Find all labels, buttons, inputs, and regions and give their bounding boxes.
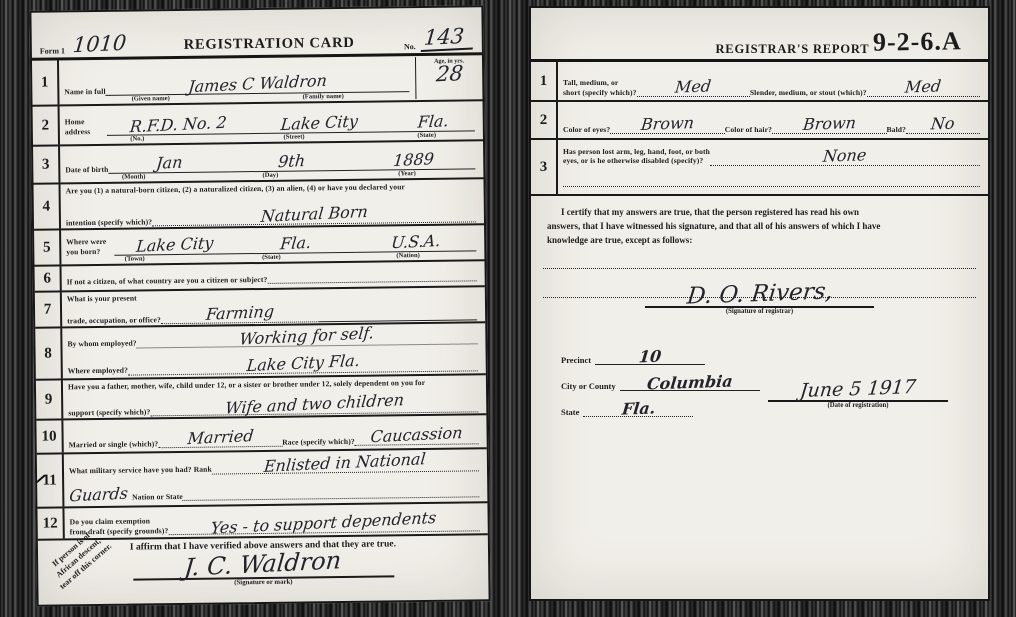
- disability-value: None: [822, 147, 867, 164]
- nation-sublabel: (Nation): [340, 251, 477, 260]
- reg-row-11: 11 What military service have you had? R…: [37, 449, 488, 508]
- reg-row-4: 4 Are you (1) a natural-born citizen, (2…: [34, 179, 485, 230]
- row-number: 11: [37, 454, 65, 506]
- row-number: 7: [35, 292, 62, 326]
- state-value: Fla.: [621, 401, 656, 417]
- registrar-signature: D. O. Rivers,: [686, 281, 834, 308]
- exemption-label-line2: from draft (specify grounds)?: [70, 526, 169, 537]
- address-no: R.F.D. No. 2: [129, 115, 227, 135]
- military-branch-value: Guards: [69, 486, 129, 504]
- reg-row-9: 9 Have you a father, mother, wife, child…: [36, 375, 486, 420]
- birthdate-label: Date of birth: [65, 164, 108, 174]
- registrant-signature: J. C. Waldron: [184, 549, 343, 579]
- certify-line2: answers, that I have witnessed his signa…: [547, 220, 972, 234]
- state-sublabel: (State): [378, 131, 475, 139]
- row-number: 3: [531, 140, 558, 194]
- year-sublabel: (Year): [339, 169, 476, 178]
- home-address-label: Home address: [65, 117, 107, 136]
- registration-card: Form 1 1010 REGISTRATION CARD No. 143 1 …: [29, 5, 490, 607]
- address-city: Lake City: [280, 113, 359, 132]
- reg-row-5: 5 Where were you born? Lake City Fla. U.…: [34, 225, 484, 266]
- rep-row-2: 2 Color of eyes? Brown Color of hair? Br…: [531, 102, 988, 140]
- blank-line-1: [543, 268, 976, 269]
- citizen-question-line1: Are you (1) a natural-born citizen, (2) …: [66, 181, 476, 195]
- bald-value: No: [930, 116, 955, 132]
- report-title: REGISTRAR'S REPORT: [715, 42, 869, 57]
- precinct-value: 10: [638, 348, 662, 364]
- report-header: REGISTRAR'S REPORT 9-2-6.A: [531, 8, 988, 62]
- registrar-signature-sublabel: (Signature of registrar): [531, 308, 988, 315]
- dependents-label-line2: support (specify which)?: [68, 407, 150, 417]
- row-number: 1: [32, 60, 60, 104]
- employer-label: By whom employed?: [67, 339, 136, 349]
- birthplace-state: Fla.: [279, 235, 311, 252]
- birthplace-label: Where were you born?: [66, 237, 114, 257]
- disability-label-line2: eyes, or is he otherwise disabled (speci…: [563, 156, 710, 165]
- trade-label-line2: trade, occupation, or office?: [67, 315, 161, 326]
- report-code: 9-2-6.A: [873, 26, 962, 58]
- citizen-value: Natural Born: [260, 204, 368, 224]
- reg-row-8: 8 By whom employed? Working for self. Wh…: [35, 323, 486, 380]
- scan-background: Form 1 1010 REGISTRATION CARD No. 143 1 …: [0, 0, 1016, 617]
- card-title: REGISTRATION CARD: [134, 34, 404, 54]
- disability-label-line1: Has person lost arm, leg, hand, foot, or…: [563, 147, 710, 156]
- birth-month: Jan: [156, 154, 184, 171]
- serial-number: 143: [421, 26, 475, 52]
- birth-day: 9th: [278, 153, 306, 170]
- address-state: Fla.: [417, 113, 449, 130]
- dependents-label-line1: Have you a father, mother, wife, child u…: [68, 377, 478, 391]
- state-sublabel: (State): [203, 253, 340, 262]
- serial-no-label: No.: [404, 42, 416, 51]
- town-sublabel: (Town): [66, 255, 203, 264]
- height-label-line1: Tall, medium, or: [563, 78, 637, 87]
- state-label: State: [561, 407, 579, 417]
- age-column: Age, in yrs. 28: [415, 56, 483, 99]
- row-number: 4: [34, 184, 62, 228]
- reg-row-2: 2 Home address R.F.D. No. 2 Lake City Fl…: [33, 101, 483, 146]
- employer-value: Working for self.: [239, 325, 375, 347]
- height-value: Med: [674, 78, 712, 95]
- build-label: Slender, medium, or stout (which)?: [750, 88, 867, 97]
- nation-or-state-label: Nation or State: [132, 492, 183, 502]
- row-number: 12: [37, 508, 64, 538]
- row-number: 2: [33, 106, 60, 144]
- registrant-signature-sublabel: (Signature or mark): [38, 576, 488, 588]
- where-employed-label: Where employed?: [68, 366, 128, 376]
- precinct-label: Precinct: [561, 355, 591, 365]
- race-label: Race (specify which)?: [282, 436, 355, 446]
- build-value: Med: [905, 78, 943, 95]
- row-number: 1: [531, 62, 558, 100]
- dependents-value: Wife and two children: [224, 392, 404, 416]
- rep-row-3: 3 Has person lost arm, leg, hand, foot, …: [531, 140, 988, 196]
- birthplace-town: Lake City: [135, 235, 214, 254]
- registrars-report-card: REGISTRAR'S REPORT 9-2-6.A 1 Tall, mediu…: [529, 6, 990, 601]
- race-value: Caucassion: [370, 425, 463, 445]
- row-number: 5: [34, 230, 61, 264]
- birth-year: 1889: [393, 151, 435, 168]
- street-sublabel: (Street): [210, 133, 379, 142]
- height-label-line2: short (specify which)?: [563, 88, 637, 97]
- certification-paragraph: I certify that my answers are true, that…: [531, 196, 988, 252]
- exemption-value: Yes - to support dependents: [210, 510, 437, 536]
- reg-row-7: 7 What is your present trade, occupation…: [35, 287, 485, 328]
- family-name-sublabel: (Family name): [237, 92, 410, 101]
- hair-label: Color of hair?: [725, 125, 772, 134]
- married-label: Married or single (which)?: [69, 439, 159, 450]
- row-number: 3: [33, 146, 60, 182]
- row-number: 6: [35, 266, 62, 290]
- trade-value: Farming: [205, 304, 274, 322]
- registration-date-value: June 5 1917: [799, 378, 917, 400]
- registration-card-header: Form 1 1010 REGISTRATION CARD No. 143: [31, 7, 482, 60]
- row-number: 10: [36, 420, 63, 452]
- citizen-question-line2: intention (specify which)?: [66, 217, 152, 228]
- form-label: Form 1: [40, 46, 65, 55]
- reg-row-3: 3 Date of birth Jan 9th 1889 (Month)(Day…: [33, 141, 483, 184]
- hair-value: Brown: [802, 115, 857, 132]
- certify-line1: I certify that my answers are true, that…: [547, 206, 972, 220]
- row-number: 8: [35, 328, 63, 378]
- military-service-value: Enlisted in National: [264, 451, 427, 474]
- name-label: Name in full: [64, 86, 105, 96]
- bald-label: Bald?: [887, 125, 907, 134]
- rep-row-1: 1 Tall, medium, or short (specify which)…: [531, 62, 988, 102]
- row-number: 2: [531, 102, 558, 138]
- row-number: 9: [36, 380, 63, 418]
- day-sublabel: (Day): [202, 171, 339, 180]
- form-number: 1010: [72, 34, 127, 57]
- age-value: 28: [435, 64, 464, 85]
- where-employed-value: Lake City Fla.: [246, 352, 360, 373]
- eyes-label: Color of eyes?: [563, 125, 610, 134]
- military-service-label: What military service have you had? Rank: [69, 465, 212, 476]
- month-sublabel: (Month): [65, 173, 202, 182]
- certify-line3: knowledge are true, except as follows:: [547, 234, 972, 248]
- reg-row-1: 1 Name in full James C Waldron (Given na…: [32, 55, 483, 106]
- city-county-value: Columbia: [646, 373, 733, 391]
- precinct-field: Precinct 10: [561, 349, 988, 365]
- registration-date-block: June 5 1917 (Date of registration): [768, 380, 948, 409]
- not-citizen-label: If not a citizen, of what country are yo…: [67, 274, 268, 286]
- birthplace-nation: U.S.A.: [391, 233, 442, 251]
- registration-date-sublabel: (Date of registration): [768, 402, 948, 409]
- name-value: James C Waldron: [187, 73, 327, 95]
- married-value: Married: [186, 428, 253, 446]
- city-county-label: City or County: [561, 381, 616, 391]
- given-name-sublabel: (Given name): [64, 94, 237, 103]
- eyes-value: Brown: [640, 115, 695, 132]
